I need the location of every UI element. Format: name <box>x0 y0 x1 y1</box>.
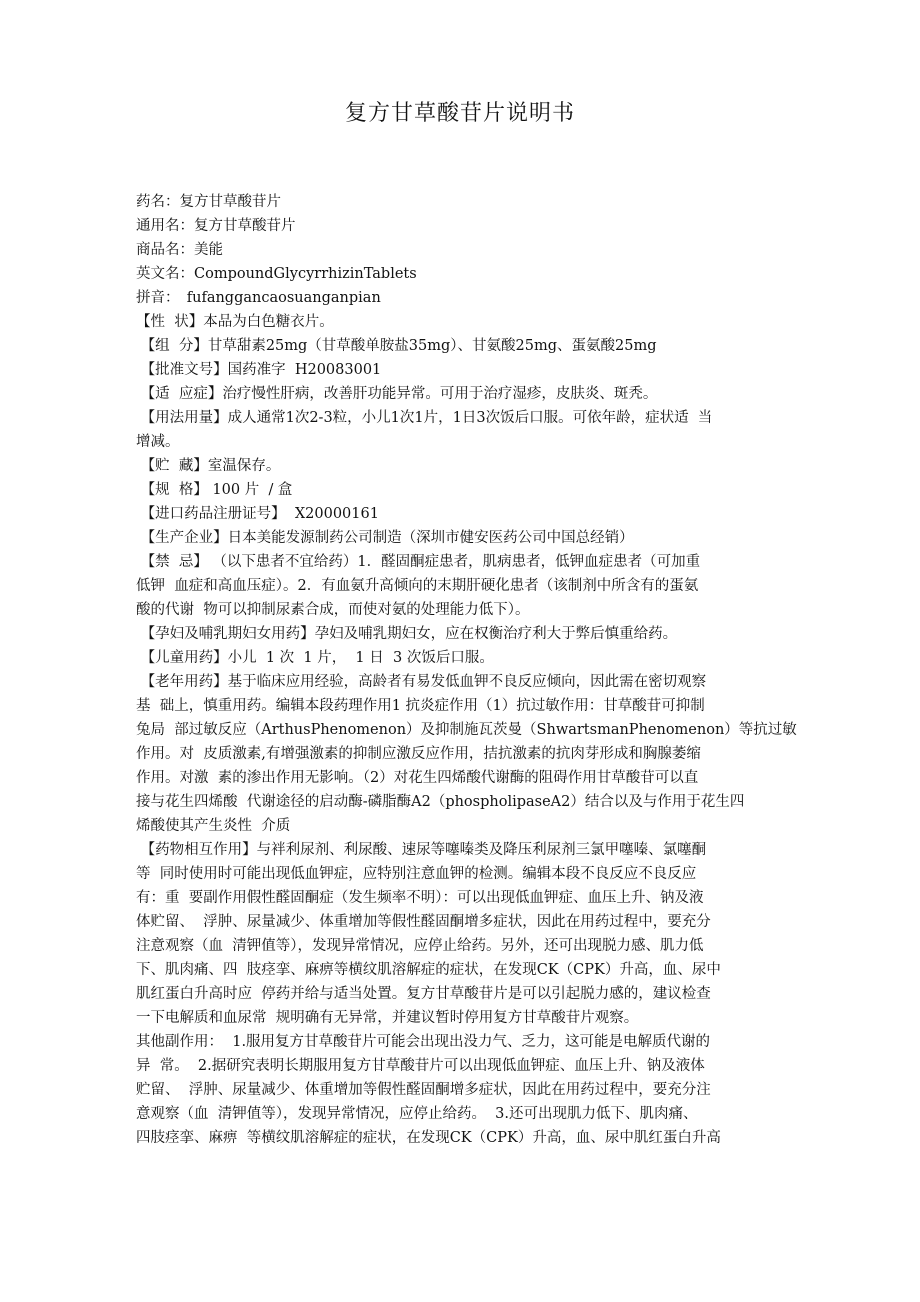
document-line: 【组 分】甘草甜素25mg（甘草酸单胺盐35mg）、甘氨酸25mg、蛋氨酸25m… <box>136 334 792 358</box>
document-line: 低钾 血症和高血压症）。2．有血氨升高倾向的末期肝硬化患者（该制剂中所含有的蛋氨 <box>136 574 792 598</box>
document-line: 商品名：美能 <box>136 238 792 262</box>
document-line: 【适 应症】治疗慢性肝病，改善肝功能异常。可用于治疗湿疹，皮肤炎、斑秃。 <box>136 382 792 406</box>
document-line: 基 础上，慎重用药。编辑本段药理作用1 抗炎症作用（1）抗过敏作用：甘草酸苷可抑… <box>136 694 792 718</box>
document-line: 增减。 <box>136 430 792 454</box>
document-line: 意观察（血 清钾值等），发现异常情况，应停止给药。 3.还可出现肌力低下、肌肉痛… <box>136 1102 792 1126</box>
document-line: 四肢痉挛、麻痹 等横纹肌溶解症的症状，在发现CK（CPK）升高，血、尿中肌红蛋白… <box>136 1126 792 1150</box>
document-body: 药名：复方甘草酸苷片通用名：复方甘草酸苷片商品名：美能英文名：CompoundG… <box>136 190 792 1150</box>
document-line: 其他副作用： 1.服用复方甘草酸苷片可能会出现出没力气、乏力，这可能是电解质代谢… <box>136 1030 792 1054</box>
document-line: 一下电解质和血尿常 规明确有无异常，并建议暂时停用复方甘草酸苷片观察。 <box>136 1006 792 1030</box>
document-line: 异 常。 2.据研究表明长期服用复方甘草酸苷片可以出现低血钾症、血压上升、钠及液… <box>136 1054 792 1078</box>
document-line: 兔局 部过敏反应（ArthusPhenomenon）及抑制施瓦茨曼（Shwart… <box>136 718 792 742</box>
document-line: 体贮留、 浮肿、尿量减少、体重增加等假性醛固酮增多症状，因此在用药过程中，要充分 <box>136 910 792 934</box>
document-line: 【药物相互作用】与袢利尿剂、利尿酸、速尿等噻嗪类及降压利尿剂三氯甲噻嗪、氯噻酮 <box>136 838 792 862</box>
document-line: 【规 格】 100 片 / 盒 <box>136 478 792 502</box>
document-line: 贮留、 浮肿、尿量减少、体重增加等假性醛固酮增多症状，因此在用药过程中，要充分注 <box>136 1078 792 1102</box>
document-line: 【老年用药】基于临床应用经验，高龄者有易发低血钾不良反应倾向，因此需在密切观察 <box>136 670 792 694</box>
document-line: 【生产企业】日本美能发源制药公司制造（深圳市健安医药公司中国总经销） <box>136 526 792 550</box>
document-line: 【进口药品注册证号】 X20000161 <box>136 502 792 526</box>
document-line: 【儿童用药】小儿 1 次 1 片， 1 日 3 次饭后口服。 <box>136 646 792 670</box>
document-line: 通用名：复方甘草酸苷片 <box>136 214 792 238</box>
document-line: 烯酸使其产生炎性 介质 <box>136 814 792 838</box>
document-line: 【孕妇及哺乳期妇女用药】孕妇及哺乳期妇女，应在权衡治疗利大于弊后慎重给药。 <box>136 622 792 646</box>
document-line: 药名：复方甘草酸苷片 <box>136 190 792 214</box>
document-line: 有：重 要副作用假性醛固酮症（发生频率不明）：可以出现低血钾症、血压上升、钠及液 <box>136 886 792 910</box>
document-line: 等 同时使用时可能出现低血钾症，应特别注意血钾的检测。编辑本段不良反应不良反应 <box>136 862 792 886</box>
document-line: 拼音： fufanggancaosuanganpian <box>136 286 792 310</box>
document-line: 下、肌肉痛、四 肢痉挛、麻痹等横纹肌溶解症的症状，在发现CK（CPK）升高，血、… <box>136 958 792 982</box>
document-title: 复方甘草酸苷片说明书 <box>0 96 920 127</box>
document-line: 酸的代谢 物可以抑制尿素合成，而使对氨的处理能力低下）。 <box>136 598 792 622</box>
document-line: 注意观察（血 清钾值等），发现异常情况，应停止给药。另外，还可出现脱力感、肌力低 <box>136 934 792 958</box>
document-line: 【用法用量】成人通常1次2-3粒，小儿1次1片，1日3次饭后口服。可依年龄，症状… <box>136 406 792 430</box>
document-line: 作用。对 皮质激素,有增强激素的抑制应激反应作用，拮抗激素的抗肉芽形成和胸腺萎缩 <box>136 742 792 766</box>
document-line: 【贮 藏】室温保存。 <box>136 454 792 478</box>
document-line: 肌红蛋白升高时应 停药并给与适当处置。复方甘草酸苷片是可以引起脱力感的，建议检查 <box>136 982 792 1006</box>
document-line: 【禁 忌】 （以下患者不宜给药）1．醛固酮症患者，肌病患者，低钾血症患者（可加重 <box>136 550 792 574</box>
document-line: 【批准文号】国药准字 H20083001 <box>136 358 792 382</box>
document-line: 英文名：CompoundGlycyrrhizinTablets <box>136 262 792 286</box>
document-line: 作用。对激 素的渗出作用无影响。（2）对花生四烯酸代谢酶的阻碍作用甘草酸苷可以直 <box>136 766 792 790</box>
document-line: 接与花生四烯酸 代谢途径的启动酶-磷脂酶A2（phospholipaseA2）结… <box>136 790 792 814</box>
document-line: 【性 状】本品为白色糖衣片。 <box>136 310 792 334</box>
